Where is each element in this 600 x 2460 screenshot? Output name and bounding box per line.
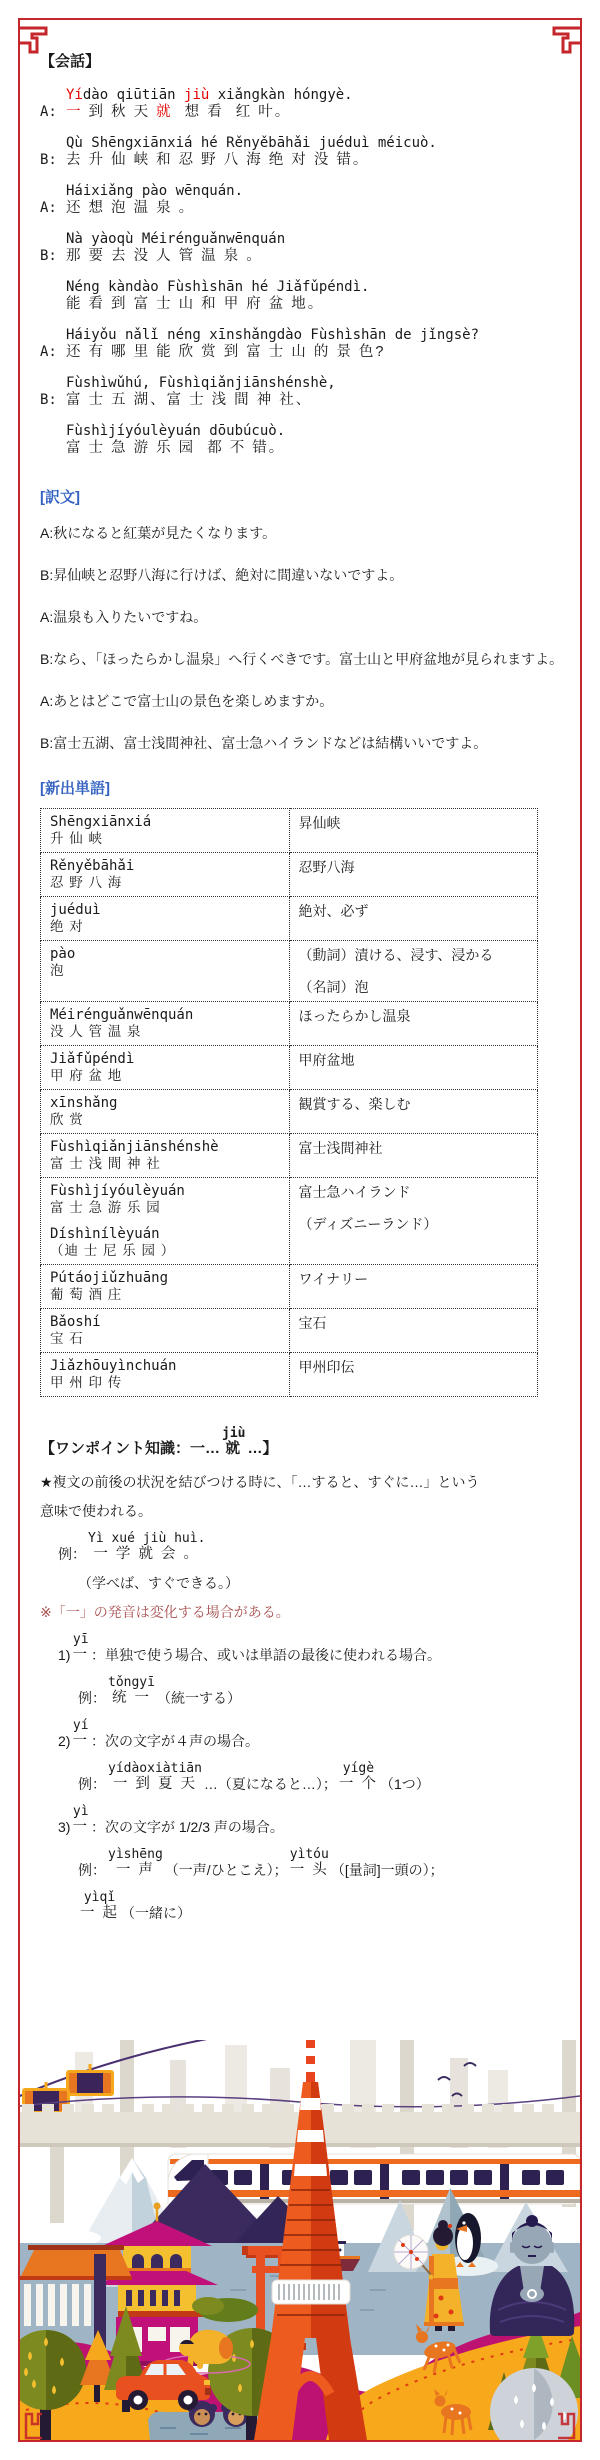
vocab-row: juéduì绝 对絶対、必ず (41, 897, 538, 941)
vocab-chinese-cell: juéduì绝 对 (41, 897, 290, 941)
pinyin-line: Néng kàndào Fùshìshān hé Jiǎfǔpéndì. (66, 279, 369, 295)
hanzi-line: 富 士 五 湖、富 士 浅 間 神 社、 (66, 391, 336, 410)
vocab-entry: Rěnyěbāhǎi忍 野 八 海 (50, 858, 280, 891)
vocab-hanzi: 泡 (50, 962, 280, 979)
vocab-japanese-cell: 観賞する、楽しむ (289, 1090, 538, 1134)
text-run: 到 秋 天 (83, 104, 157, 120)
text-run: Néng kàndào Fùshìshān hé Jiǎfǔpéndì. (66, 279, 369, 295)
dialogue-line: B:Nà yàoqù Méirénguǎnwēnquán那 要 去 没 人 管 … (40, 231, 564, 266)
vocab-pinyin: pào (50, 946, 280, 962)
vocab-row: Bǎoshí宝 石宝石 (41, 1309, 538, 1353)
vocab-entry: juéduì绝 对 (50, 902, 280, 935)
vocab-japanese-cell: （動詞）漬ける、浸す、浸かる（名詞）泡 (289, 941, 538, 1002)
vocab-pinyin: Jiǎfǔpéndì (50, 1051, 280, 1067)
text-run: （一声/ひとこえ）； (165, 1862, 288, 1879)
vocab-meaning: 昇仙峡 (299, 814, 529, 832)
hanzi-line: 那 要 去 没 人 管 温 泉 。 (66, 247, 285, 266)
text-run: …（夏になると…）； (204, 1776, 337, 1793)
text-run: ★複文の前後の状況を結びつける時に、「…すると、すぐに…」という (40, 1474, 480, 1491)
text-run: 想 看 红 叶。 (173, 104, 292, 120)
vocab-hanzi: （迪 士 尼 乐 园 ） (50, 1242, 280, 1259)
vocab-japanese-cell: 昇仙峡 (289, 809, 538, 853)
text-run: Yí (66, 87, 83, 103)
hanzi-line: 还 有 哪 里 能 欣 赏 到 富 士 山 的 景 色? (66, 343, 479, 362)
text-run: Fùshìjíyóulèyuán dōubúcuò. (66, 423, 285, 439)
ruby-pinyin: yìshēng (108, 1848, 163, 1861)
vocab-meaning: （ディズニーランド） (299, 1215, 529, 1233)
vocab-chinese-cell: Shēngxiānxiá升 仙 峡 (41, 809, 290, 853)
dialogue-line: A:Háixiǎng pào wēnquán.还 想 泡 温 泉 。 (40, 183, 564, 218)
vocab-chinese-cell: Bǎoshí宝 石 (41, 1309, 290, 1353)
yakubun-section: [訳文] A:秋になると紅葉が見たくなります。B:昇仙峡と忍野八海に行けば、絶対… (40, 486, 564, 752)
pinyin-line: Fùshìjíyóulèyuán dōubúcuò. (66, 423, 285, 439)
vocab-meaning: 忍野八海 (299, 858, 529, 876)
text-run: ：単独で使う場合、或いは単語の最後に使われる場合。 (91, 1647, 441, 1664)
speaker-label: B: (40, 247, 66, 266)
text-run: 富 士 急 游 乐 园 都 不 错。 (66, 440, 285, 456)
vocab-chinese-cell: Rěnyěbāhǎi忍 野 八 海 (41, 853, 290, 897)
text-run: 例： (78, 1862, 106, 1879)
vocab-entry: xīnshǎng欣 赏 (50, 1095, 280, 1128)
text-run: 1) (58, 1647, 70, 1664)
hanzi-line: 能 看 到 富 士 山 和 甲 府 盆 地。 (66, 295, 369, 314)
kaiwa-header: 【会話】 (40, 50, 564, 71)
text-run: 意味で使われる。 (40, 1503, 152, 1520)
dialogue-line: B:Qù Shēngxiānxiá hé Rěnyěbāhǎi juéduì m… (40, 135, 564, 170)
vocab-meaning: ほったらかし温泉 (299, 1007, 529, 1025)
text-run: 还 有 哪 里 能 欣 赏 到 富 士 山 的 景 色? (66, 344, 385, 360)
point-line: ※「一」の発音は変化する場合がある。 (40, 1604, 564, 1621)
vocab-row: xīnshǎng欣 赏観賞する、楽しむ (41, 1090, 538, 1134)
vocab-meaning: ワイナリー (299, 1270, 529, 1288)
point-line: 例：yìshēng一 声（一声/ひとこえ）；yìtóu一 头（[量詞]一頭の）； (78, 1848, 564, 1879)
ruby-pair: yìqǐ一 起 (80, 1891, 119, 1922)
text-run: Fùshìwǔhú, Fùshìqiǎnjiānshénshè, (66, 375, 336, 391)
ruby-pair: yī一 (72, 1633, 89, 1664)
speaker-label: A: (40, 199, 66, 218)
vocab-chinese-cell: Pútáojiǔzhuāng葡 萄 酒 庄 (41, 1265, 290, 1309)
vocab-chinese-cell: Fùshìjíyóulèyuán富 士 急 游 乐 园Díshìnílèyuán… (41, 1178, 290, 1265)
text-run: 2) (58, 1733, 70, 1750)
vocab-japanese-cell: ほったらかし温泉 (289, 1002, 538, 1046)
ruby-hanzi: 一 (72, 1732, 89, 1750)
translation-line: B:富士五湖、富士浅間神社、富士急ハイランドなどは結構いいですよ。 (40, 735, 564, 752)
vocab-meaning: 富士急ハイランド (299, 1183, 529, 1201)
vocab-hanzi: 富 士 急 游 乐 园 (50, 1199, 280, 1216)
vocab-table: Shēngxiānxiá升 仙 峡昇仙峡Rěnyěbāhǎi忍 野 八 海忍野八… (40, 808, 538, 1397)
vocab-row: Fùshìqiǎnjiānshénshè富 士 浅 間 神 社富士浅間神社 (41, 1134, 538, 1178)
text-run: （学べば、すぐできる。） (78, 1575, 239, 1592)
speaker-label: A: (40, 343, 66, 362)
vocab-row: Pútáojiǔzhuāng葡 萄 酒 庄ワイナリー (41, 1265, 538, 1309)
point-line: 2) yí一：次の文字が４声の場合。 (58, 1719, 564, 1750)
text-run: （[量詞]一頭の）； (331, 1862, 444, 1879)
vocab-chinese-cell: Jiǎfǔpéndì甲 府 盆 地 (41, 1046, 290, 1090)
ruby-pair: yígè一 个 (339, 1762, 378, 1793)
bush (192, 2297, 224, 2315)
vocab-japanese-cell: 甲府盆地 (289, 1046, 538, 1090)
text-run: dào qiūtiān (83, 87, 184, 103)
vocab-japanese-cell: ワイナリー (289, 1265, 538, 1309)
point-line: 例：yídàoxiàtiān一 到 夏 天 …（夏になると…）；yígè一 个（… (78, 1762, 564, 1793)
text-run: ：次の文字が４声の場合。 (91, 1733, 259, 1750)
vocab-meaning: 観賞する、楽しむ (299, 1095, 529, 1113)
vocab-meaning: 富士浅間神社 (299, 1139, 529, 1157)
ruby-pinyin: yí (73, 1719, 89, 1732)
dialogue-line: Néng kàndào Fùshìshān hé Jiǎfǔpéndì.能 看 … (40, 279, 564, 314)
vocab-row: Jiǎzhōuyìnchuán甲 州 印 传甲州印伝 (41, 1353, 538, 1397)
ruby-hanzi: 统 一 (112, 1689, 151, 1707)
text-run: 例： (58, 1546, 86, 1563)
text-run: 就 (156, 104, 173, 120)
hanzi-line: 一 到 秋 天 就 想 看 红 叶。 (66, 103, 353, 122)
vocab-chinese-cell: Méirénguǎnwēnquán没 人 管 温 泉 (41, 1002, 290, 1046)
vocab-hanzi: 忍 野 八 海 (50, 874, 280, 891)
ruby-pair: yídàoxiàtiān一 到 夏 天 (108, 1762, 202, 1793)
point-heading: 【ワンポイント知識：一… jiù就 …】 (40, 1427, 564, 1458)
text-run: 能 看 到 富 士 山 和 甲 府 盆 地。 (66, 296, 324, 312)
text-run: ：次の文字が 1/2/3 声の場合。 (91, 1819, 284, 1836)
ruby-pinyin: yìtóu (290, 1848, 329, 1861)
japan-travel-illustration (20, 2040, 580, 2440)
vocab-meaning: （名詞）泡 (299, 978, 529, 996)
hanzi-line: 还 想 泡 温 泉 。 (66, 199, 243, 218)
vocab-pinyin: Díshìnílèyuán (50, 1226, 280, 1242)
vocab-entry: Jiǎfǔpéndì甲 府 盆 地 (50, 1051, 280, 1084)
vocab-row: Méirénguǎnwēnquán没 人 管 温 泉ほったらかし温泉 (41, 1002, 538, 1046)
text-run: xiǎngkàn hóngyè. (209, 87, 352, 103)
text-run: …】 (248, 1437, 278, 1458)
translation-lines: A:秋になると紅葉が見たくなります。B:昇仙峡と忍野八海に行けば、絶対に間違いな… (40, 525, 564, 752)
vocab-pinyin: Fùshìqiǎnjiānshénshè (50, 1139, 280, 1155)
translation-line: A:あとはどこで富士山の景色を楽しめますか。 (40, 693, 564, 710)
dialogue-text: Yídào qiūtiān jiù xiǎngkàn hóngyè.一 到 秋 … (66, 87, 353, 122)
text-run: （統一する） (157, 1690, 241, 1707)
dialogue-text: Háiyǒu nǎlǐ néng xīnshǎngdào Fùshìshān d… (66, 327, 479, 362)
text-run: （一緒に） (121, 1905, 191, 1922)
hanzi-line: 去 升 仙 峡 和 忍 野 八 海 绝 对 没 错。 (66, 151, 437, 170)
tango-section: [新出単語] Shēngxiānxiá升 仙 峡昇仙峡Rěnyěbāhǎi忍 野… (40, 777, 564, 1397)
frame-corner-ornament-top-right (539, 19, 581, 65)
vocab-pinyin: Fùshìjíyóulèyuán (50, 1183, 280, 1199)
ruby-pair: Yì xué jiù huì.一 学 就 会 。 (88, 1532, 205, 1563)
vocab-japanese-cell: 絶対、必ず (289, 897, 538, 941)
vocab-meaning: 絶対、必ず (299, 902, 529, 920)
text-run: 一 (66, 104, 83, 120)
tango-header: [新出単語] (40, 777, 564, 798)
dialogue-text: Néng kàndào Fùshìshān hé Jiǎfǔpéndì.能 看 … (66, 279, 369, 314)
vocab-entry: Pútáojiǔzhuāng葡 萄 酒 庄 (50, 1270, 280, 1303)
ruby-pair: tǒngyī统 一 (108, 1676, 155, 1707)
ruby-pinyin: yìqǐ (84, 1891, 115, 1904)
dialogue-section: A:Yídào qiūtiān jiù xiǎngkàn hóngyè.一 到 … (40, 87, 564, 458)
text-run: 那 要 去 没 人 管 温 泉 。 (66, 248, 263, 264)
ruby-pair: yí一 (72, 1719, 89, 1750)
dialogue-line: A:Háiyǒu nǎlǐ néng xīnshǎngdào Fùshìshān… (40, 327, 564, 362)
vocab-japanese-cell: 忍野八海 (289, 853, 538, 897)
pinyin-line: Nà yàoqù Méirénguǎnwēnquán (66, 231, 285, 247)
vocab-pinyin: Méirénguǎnwēnquán (50, 1007, 280, 1023)
point-section: 【ワンポイント知識：一… jiù就 …】 ★複文の前後の状況を結びつける時に、「… (40, 1427, 564, 1922)
vocab-entry: Shēngxiānxiá升 仙 峡 (50, 814, 280, 847)
vocab-meaning: （動詞）漬ける、浸す、浸かる (299, 946, 529, 964)
translation-line: B:なら、「ほったらかし温泉」へ行くべきです。富士山と甲府盆地が見られますよ。 (40, 651, 564, 668)
ruby-pinyin: Yì xué jiù huì. (88, 1532, 205, 1545)
vocab-hanzi: 富 士 浅 間 神 社 (50, 1155, 280, 1172)
point-line: 例：Yì xué jiù huì.一 学 就 会 。 (58, 1532, 564, 1563)
text-run: ※「一」の発音は変化する場合がある。 (40, 1604, 290, 1621)
vocab-hanzi: 甲 州 印 传 (50, 1374, 280, 1391)
speaker-label: A: (40, 103, 66, 122)
ruby-pinyin: yídàoxiàtiān (108, 1762, 202, 1775)
vocab-row: Shēngxiānxiá升 仙 峡昇仙峡 (41, 809, 538, 853)
vocab-row: pào泡（動詞）漬ける、浸す、浸かる（名詞）泡 (41, 941, 538, 1002)
pinyin-line: Háixiǎng pào wēnquán. (66, 183, 243, 199)
vocab-pinyin: juéduì (50, 902, 280, 918)
translation-line: A:温泉も入りたいですね。 (40, 609, 564, 626)
ruby-pair: yìshēng一 声 (108, 1848, 163, 1879)
vocab-entry: Bǎoshí宝 石 (50, 1314, 280, 1347)
vocab-hanzi: 升 仙 峡 (50, 830, 280, 847)
vocab-entry: Fùshìqiǎnjiānshénshè富 士 浅 間 神 社 (50, 1139, 280, 1172)
vocab-japanese-cell: 富士浅間神社 (289, 1134, 538, 1178)
ruby-pair: yìtóu一 头 (290, 1848, 329, 1879)
vocab-hanzi: 葡 萄 酒 庄 (50, 1286, 280, 1303)
text-run: 富 士 五 湖、富 士 浅 間 神 社、 (66, 392, 312, 408)
dialogue-text: Qù Shēngxiānxiá hé Rěnyěbāhǎi juéduì méi… (66, 135, 437, 170)
vocab-pinyin: Jiǎzhōuyìnchuán (50, 1358, 280, 1374)
vocab-row: Rěnyěbāhǎi忍 野 八 海忍野八海 (41, 853, 538, 897)
ruby-pinyin: tǒngyī (108, 1676, 155, 1689)
vocab-row: Jiǎfǔpéndì甲 府 盆 地甲府盆地 (41, 1046, 538, 1090)
speaker-label: B: (40, 391, 66, 410)
vocab-entry: Jiǎzhōuyìnchuán甲 州 印 传 (50, 1358, 280, 1391)
ruby-hanzi: 一 头 (290, 1861, 329, 1879)
vocab-japanese-cell: 宝石 (289, 1309, 538, 1353)
text-run: 去 升 仙 峡 和 忍 野 八 海 绝 对 没 错。 (66, 152, 369, 168)
pinyin-line: Háiyǒu nǎlǐ néng xīnshǎngdào Fùshìshān d… (66, 327, 479, 343)
vocab-japanese-cell: 富士急ハイランド（ディズニーランド） (289, 1178, 538, 1265)
vocab-hanzi: 宝 石 (50, 1330, 280, 1347)
vocab-hanzi: 欣 赏 (50, 1111, 280, 1128)
point-line: yìqǐ一 起（一緒に） (78, 1891, 564, 1922)
vocab-entry: Fùshìjíyóulèyuán富 士 急 游 乐 园 (50, 1183, 280, 1216)
vocab-chinese-cell: Fùshìqiǎnjiānshénshè富 士 浅 間 神 社 (41, 1134, 290, 1178)
ruby-hanzi: 一 个 (339, 1775, 378, 1793)
text-run: Nà yàoqù Méirénguǎnwēnquán (66, 231, 285, 247)
translation-line: A:秋になると紅葉が見たくなります。 (40, 525, 564, 542)
vocab-hanzi: 没 人 管 温 泉 (50, 1023, 280, 1040)
dialogue-text: Fùshìjíyóulèyuán dōubúcuò.富 士 急 游 乐 园 都 … (66, 423, 285, 458)
pinyin-line: Qù Shēngxiānxiá hé Rěnyěbāhǎi juéduì méi… (66, 135, 437, 151)
point-line: 1) yī一：単独で使う場合、或いは単語の最後に使われる場合。 (58, 1633, 564, 1664)
point-line: 意味で使われる。 (40, 1503, 564, 1520)
vocab-entry: Díshìnílèyuán（迪 士 尼 乐 园 ） (50, 1226, 280, 1259)
vocab-hanzi: 绝 对 (50, 918, 280, 935)
ruby-pair: yì一 (72, 1805, 89, 1836)
text-run: 【ワンポイント知識：一… (40, 1437, 220, 1458)
vocab-entry: Méirénguǎnwēnquán没 人 管 温 泉 (50, 1007, 280, 1040)
dialogue-text: Nà yàoqù Méirénguǎnwēnquán那 要 去 没 人 管 温 … (66, 231, 285, 266)
red-decorative-frame: 【会話】 A:Yídào qiūtiān jiù xiǎngkàn hóngyè… (18, 18, 582, 2442)
text-run: Háixiǎng pào wēnquán. (66, 183, 243, 199)
ruby-hanzi: 一 声 (116, 1861, 155, 1879)
text-run: 例： (78, 1776, 106, 1793)
pinyin-line: Fùshìwǔhú, Fùshìqiǎnjiānshénshè, (66, 375, 336, 391)
point-lines: ★複文の前後の状況を結びつける時に、「…すると、すぐに…」という意味で使われる。… (40, 1474, 564, 1922)
frame-corner-ornament-top-left (19, 19, 61, 65)
ruby-hanzi: 就 (226, 1440, 243, 1458)
text-run: jiù (184, 87, 209, 103)
hanzi-line: 富 士 急 游 乐 园 都 不 错。 (66, 439, 285, 458)
point-line: 例：tǒngyī统 一（統一する） (78, 1676, 564, 1707)
ruby-hanzi: 一 起 (80, 1904, 119, 1922)
text-run: （1つ） (380, 1776, 430, 1793)
text-run: 还 想 泡 温 泉 。 (66, 200, 195, 216)
dialogue-line: A:Yídào qiūtiān jiù xiǎngkàn hóngyè.一 到 … (40, 87, 564, 122)
dialogue-line: B:Fùshìwǔhú, Fùshìqiǎnjiānshénshè,富 士 五 … (40, 375, 564, 410)
vocab-pinyin: xīnshǎng (50, 1095, 280, 1111)
text-run: 例： (78, 1690, 106, 1707)
vocab-chinese-cell: pào泡 (41, 941, 290, 1002)
worksheet-content: 【会話】 A:Yídào qiūtiān jiù xiǎngkàn hóngyè… (40, 50, 564, 1934)
vocab-pinyin: Shēngxiānxiá (50, 814, 280, 830)
vocab-pinyin: Pútáojiǔzhuāng (50, 1270, 280, 1286)
vocab-pinyin: Rěnyěbāhǎi (50, 858, 280, 874)
point-line: 3) yì一：次の文字が 1/2/3 声の場合。 (58, 1805, 564, 1836)
vocab-chinese-cell: xīnshǎng欣 赏 (41, 1090, 290, 1134)
vocab-hanzi: 甲 府 盆 地 (50, 1067, 280, 1084)
vocab-pinyin: Bǎoshí (50, 1314, 280, 1330)
vocab-meaning: 宝石 (299, 1314, 529, 1332)
ruby-hanzi: 一 学 就 会 。 (93, 1545, 200, 1563)
pinyin-line: Yídào qiūtiān jiù xiǎngkàn hóngyè. (66, 87, 353, 103)
text-run: 3) (58, 1819, 70, 1836)
ruby-hanzi: 一 到 夏 天 (113, 1775, 197, 1793)
text-run: Háiyǒu nǎlǐ néng xīnshǎngdào Fùshìshān d… (66, 327, 479, 343)
vocab-japanese-cell: 甲州印伝 (289, 1353, 538, 1397)
dialogue-text: Háixiǎng pào wēnquán.还 想 泡 温 泉 。 (66, 183, 243, 218)
vocab-meaning: 甲府盆地 (299, 1051, 529, 1069)
ruby-pinyin: yígè (343, 1762, 374, 1775)
ruby-pinyin: jiù (222, 1427, 245, 1440)
dialogue-line: Fùshìjíyóulèyuán dōubúcuò.富 士 急 游 乐 园 都 … (40, 423, 564, 458)
vocab-entry: pào泡 (50, 946, 280, 979)
ruby-hanzi: 一 (72, 1646, 89, 1664)
speaker-label: B: (40, 151, 66, 170)
ruby-hanzi: 一 (72, 1818, 89, 1836)
point-line: （学べば、すぐできる。） (78, 1575, 564, 1592)
translation-line: B:昇仙峡と忍野八海に行けば、絶対に間違いないですよ。 (40, 567, 564, 584)
vocab-row: Fùshìjíyóulèyuán富 士 急 游 乐 园Díshìnílèyuán… (41, 1178, 538, 1265)
yakubun-header: [訳文] (40, 486, 564, 507)
text-run: Qù Shēngxiānxiá hé Rěnyěbāhǎi juéduì méi… (66, 135, 437, 151)
point-line: ★複文の前後の状況を結びつける時に、「…すると、すぐに…」という (40, 1474, 564, 1491)
ruby-pair: jiù就 (222, 1427, 245, 1458)
dialogue-text: Fùshìwǔhú, Fùshìqiǎnjiānshénshè,富 士 五 湖、… (66, 375, 336, 410)
ruby-pinyin: yī (73, 1633, 89, 1646)
ruby-pinyin: yì (73, 1805, 89, 1818)
vocab-chinese-cell: Jiǎzhōuyìnchuán甲 州 印 传 (41, 1353, 290, 1397)
vocab-meaning: 甲州印伝 (299, 1358, 529, 1376)
